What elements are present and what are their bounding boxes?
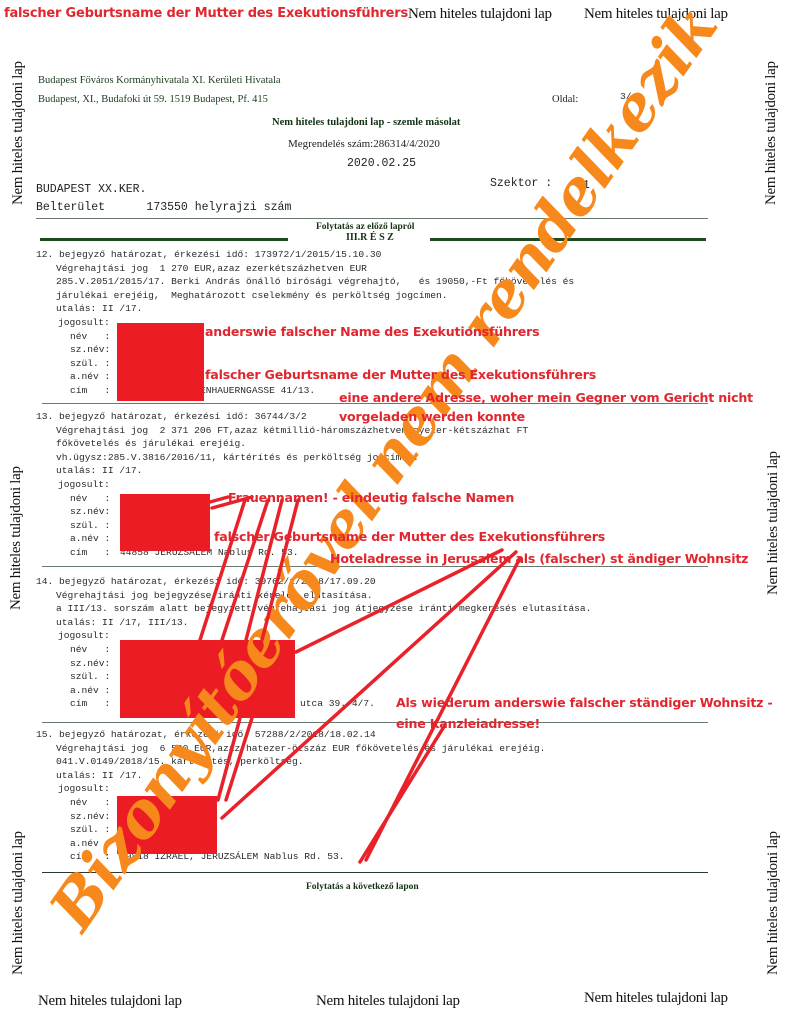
margin-note-right-2: Nem hiteles tulajdoni lap — [765, 451, 782, 595]
annotation-mother-12: falscher Geburtsname der Mutter des Exek… — [205, 367, 596, 382]
continued-from: Folytatás az előző lapról — [316, 222, 414, 232]
entry-line: főkövetelés és járulékai erejéig. — [36, 437, 528, 451]
annotation-address-13: Hoteladresse in Jerusalem als (falscher)… — [330, 551, 748, 566]
entry-line: utalás: II /17. — [36, 464, 528, 478]
margin-note-bottom-1: Nem hiteles tulajdoni lap — [38, 993, 182, 1010]
entry-line: utalás: II /17. — [36, 769, 545, 783]
continued-to: Folytatás a következő lapon — [306, 882, 419, 892]
redaction-box-13 — [120, 494, 210, 551]
document-title: Nem hiteles tulajdoni lap - szemle másol… — [272, 117, 460, 128]
field-birth-name: sz.név: — [36, 505, 528, 519]
annotation-name-13: Frauennamen! - eindeutig falsche Namen — [228, 490, 514, 505]
office-address: Budapest, XI., Budafoki út 59. 1519 Buda… — [38, 94, 268, 105]
page-label: Oldal: — [552, 94, 578, 105]
divider — [42, 722, 708, 723]
entry-line: vh.ügysz:285.V.3816/2016/11, kártérítés … — [36, 451, 528, 465]
entry-line: Végrehajtási jog 6 500 EUR,azaz hatezer-… — [36, 742, 545, 756]
margin-note-top-1: Nem hiteles tulajdoni lap — [408, 6, 552, 23]
district: BUDAPEST XX.KER. — [36, 183, 146, 196]
margin-note-bottom-3: Nem hiteles tulajdoni lap — [584, 990, 728, 1007]
parcel-number: Belterület 173550 helyrajzi szám — [36, 201, 291, 214]
office-name: Budapest Főváros Kormányhivatala XI. Ker… — [38, 75, 281, 86]
annotation-address-12-line1: eine andere Adresse, woher mein Gegner v… — [339, 390, 753, 405]
section-rule-left — [40, 238, 288, 241]
margin-note-right-1: Nem hiteles tulajdoni lap — [763, 61, 780, 205]
annotation-address-14-line2: eine Kanzleiadresse! — [396, 716, 540, 731]
entry-line: 041.V.0149/2018/15. kártérítés, perkölts… — [36, 755, 545, 769]
margin-note-bottom-2: Nem hiteles tulajdoni lap — [316, 993, 460, 1010]
annotation-top: falscher Geburtsname der Mutter des Exek… — [4, 6, 408, 21]
address-value: ENHAUERNGASSE 41/13. — [200, 384, 315, 398]
margin-note-left-2: Nem hiteles tulajdoni lap — [8, 466, 25, 610]
annotation-address-14-line1: Als wiederum anderswie falscher ständige… — [396, 695, 773, 710]
annotation-mother-13: falscher Geburtsname der Mutter des Exek… — [214, 529, 605, 544]
margin-note-left-1: Nem hiteles tulajdoni lap — [10, 61, 27, 205]
order-number: Megrendelés szám:286314/4/2020 — [288, 138, 440, 150]
redaction-box-12 — [117, 323, 204, 401]
annotation-address-12-line2: vorgeladen werden konnte — [339, 409, 525, 424]
divider — [42, 566, 708, 567]
document-date: 2020.02.25 — [347, 157, 416, 170]
address-value: utca 39. 4/7. — [300, 697, 375, 711]
annotation-name-12: anderswie falscher Name des Exekutionsfü… — [205, 324, 539, 339]
margin-note-left-3: Nem hiteles tulajdoni lap — [10, 831, 27, 975]
section-title: III.R É S Z — [346, 232, 394, 243]
divider — [36, 218, 708, 219]
margin-note-right-3: Nem hiteles tulajdoni lap — [765, 831, 782, 975]
